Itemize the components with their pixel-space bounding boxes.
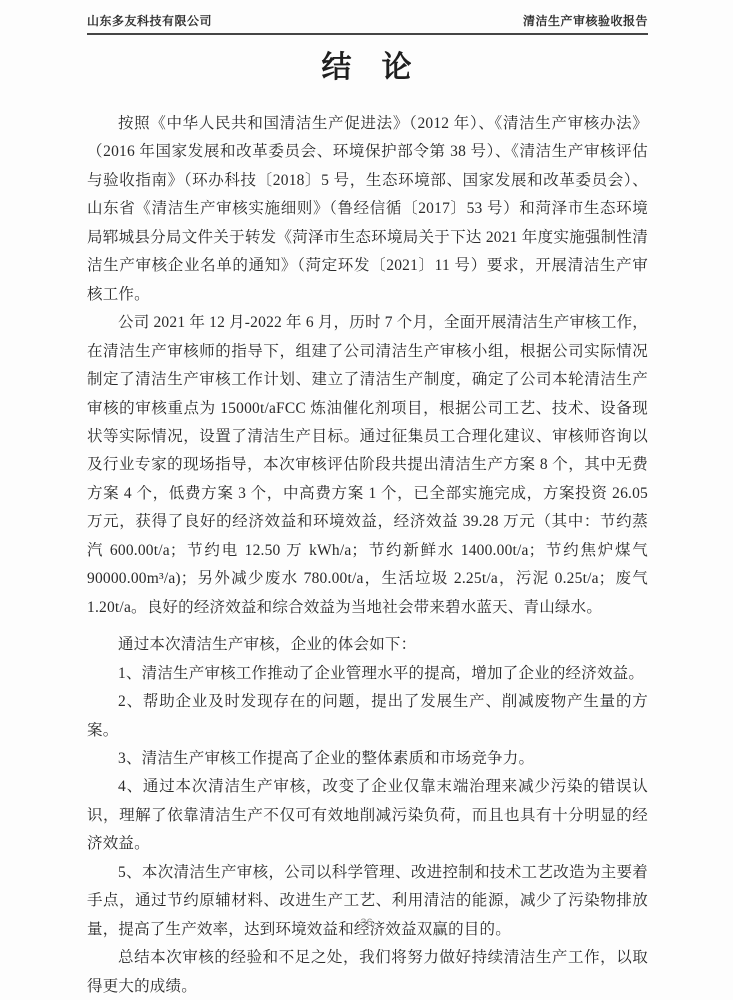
paragraph-item-5: 5、本次清洁生产审核，公司以科学管理、改进控制和技术工艺改造为主要着手点，通过节… bbox=[87, 859, 648, 944]
document-body: 按照《中华人民共和国清洁生产促进法》（2012 年）、《清洁生产审核办法》（20… bbox=[87, 110, 648, 1000]
page-header: 山东多友科技有限公司 清洁生产审核验收报告 bbox=[87, 12, 648, 35]
paragraph-item-2: 2、帮助企业及时发现存在的问题，提出了发展生产、削减废物产生量的方案。 bbox=[87, 688, 648, 745]
page-footer: 36 bbox=[0, 917, 733, 929]
header-company-name: 山东多友科技有限公司 bbox=[87, 12, 212, 29]
paragraph-closing: 总结本次审核的经验和不足之处，我们将努力做好持续清洁生产工作，以取得更大的成绩。 bbox=[87, 944, 648, 1000]
paragraph-item-1: 1、清洁生产审核工作推动了企业管理水平的提高，增加了企业的经济效益。 bbox=[87, 660, 648, 688]
paragraph-legal-basis: 按照《中华人民共和国清洁生产促进法》（2012 年）、《清洁生产审核办法》（20… bbox=[87, 110, 648, 309]
report-page: 山东多友科技有限公司 清洁生产审核验收报告 结 论 按照《中华人民共和国清洁生产… bbox=[0, 0, 733, 1000]
header-report-title: 清洁生产审核验收报告 bbox=[523, 12, 648, 29]
paragraph-item-3: 3、清洁生产审核工作提高了企业的整体素质和市场竞争力。 bbox=[87, 745, 648, 773]
paragraph-experience-intro: 通过本次清洁生产审核，企业的体会如下： bbox=[87, 631, 648, 659]
paragraph-audit-summary: 公司 2021 年 12 月-2022 年 6 月，历时 7 个月，全面开展清洁… bbox=[87, 309, 648, 622]
page-number: 36 bbox=[360, 917, 372, 929]
paragraph-item-4: 4、通过本次清洁生产审核，改变了企业仅靠末端治理来减少污染的错误认识，理解了依靠… bbox=[87, 773, 648, 858]
page-title: 结 论 bbox=[0, 48, 733, 88]
